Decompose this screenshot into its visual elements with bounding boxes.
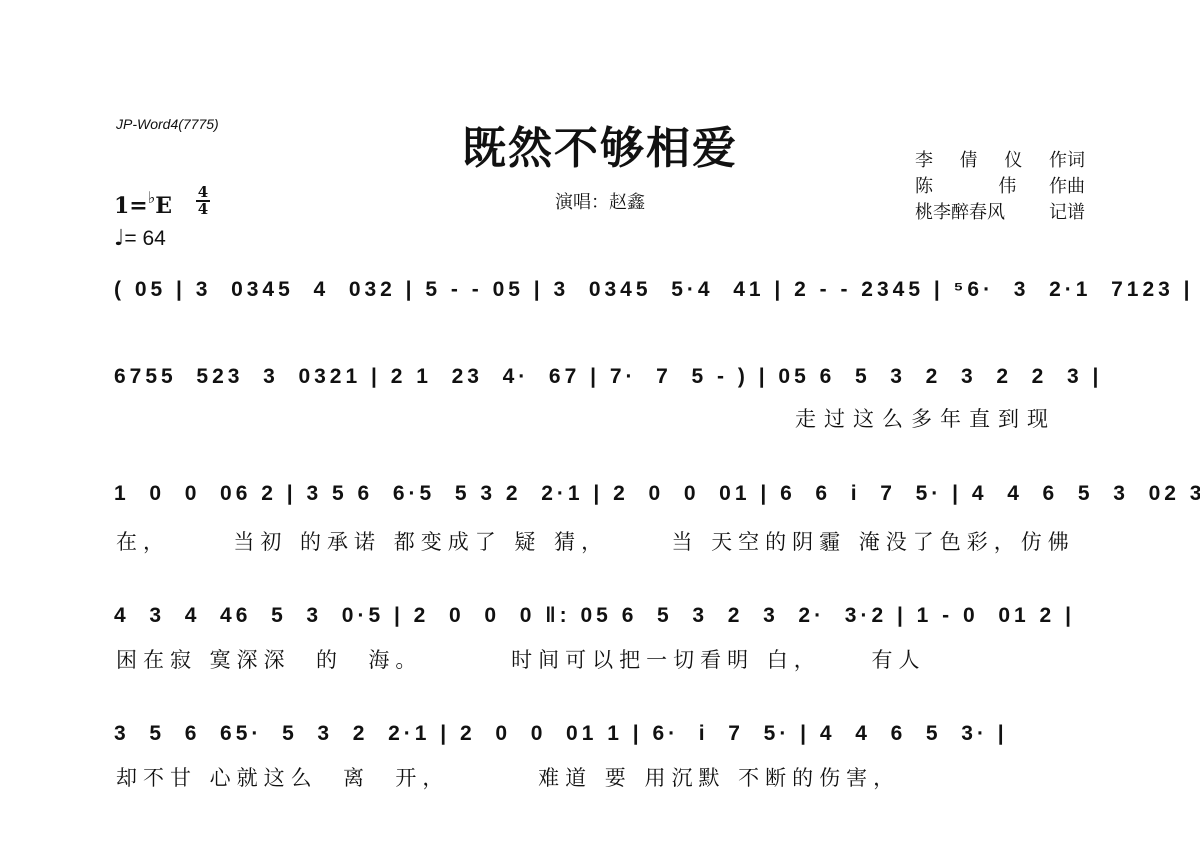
credit-composer: 陈 伟 作曲: [915, 174, 1085, 200]
lyrics-line: 走过这么多年直到现: [795, 403, 1056, 433]
time-signature: 4 4: [196, 185, 210, 217]
credits: 李 倩 仪 作词 陈 伟 作曲 桃李醉春风 记谱: [915, 148, 1085, 226]
notation-line: 4 3 4 46 5 3 0·5 | 2 0 0 0 ‖: 05 6 5 3 2…: [114, 604, 1075, 628]
notation-line: ( 05 | 3 0345 4 032 | 5 - - 05 | 3 0345 …: [114, 278, 1194, 302]
lyrics-line: 困在寂 寞深深 的 海。 时间可以把一切看明 白， 有人: [116, 644, 925, 674]
notation-line: 6755 523 3 0321 | 2 1 23 4· 67 | 7· 7 5 …: [114, 365, 1102, 389]
notation-line: 1 0 0 06 2 | 3 5 6 6·5 5 3 2 2·1 | 2 0 0…: [114, 482, 1200, 506]
credit-transcriber: 桃李醉春风 记谱: [915, 200, 1085, 226]
notation-line: 3 5 6 65· 5 3 2 2·1 | 2 0 0 01 1 | 6· i …: [114, 722, 1008, 746]
lyrics-line: 在， 当初 的承诺 都变成了 疑 猜， 当 天空的阴霾 淹没了色彩，仿佛: [116, 526, 1075, 556]
credit-lyricist: 李 倩 仪 作词: [915, 148, 1085, 174]
lyrics-line: 却不甘 心就这么 离 开， 难道 要 用沉默 不断的伤害，: [116, 762, 900, 792]
quarter-note-icon: ♩: [114, 226, 124, 251]
key-signature: 1=♭E: [114, 188, 172, 219]
tempo-marking: ♩= 64: [114, 226, 166, 251]
